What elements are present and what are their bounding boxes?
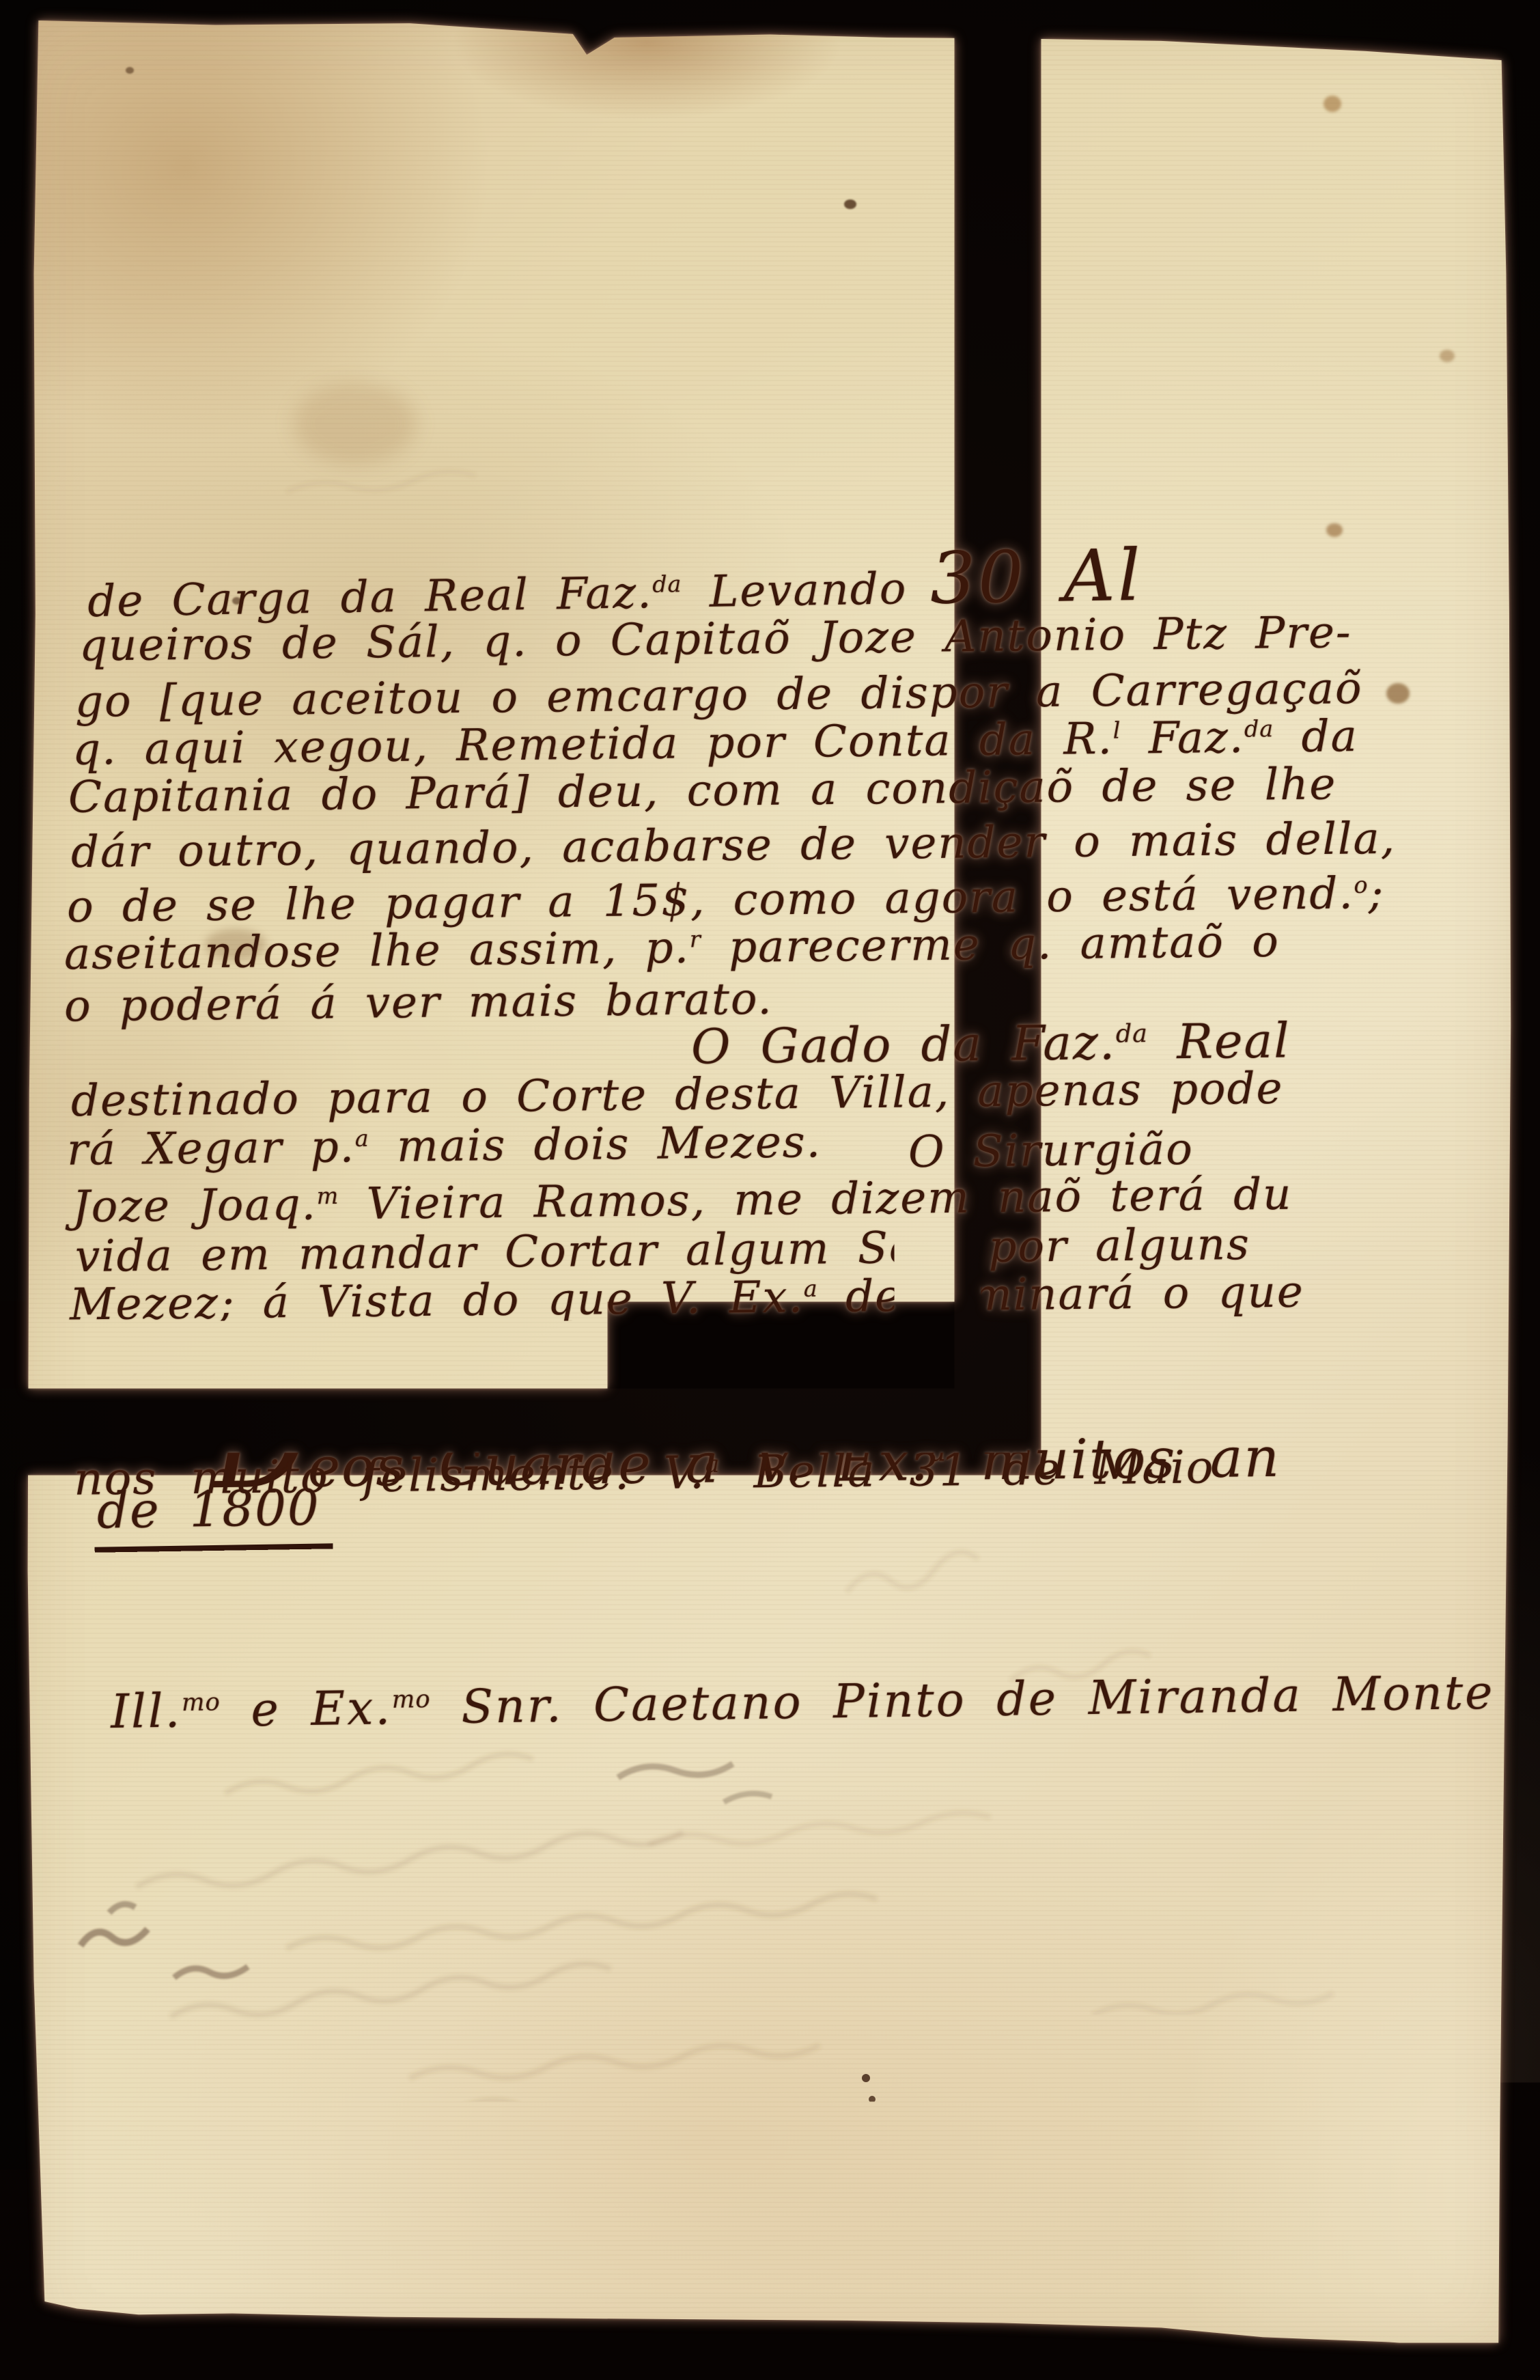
manuscript-line: rá Xegar p.a mais dois Mezes. bbox=[67, 1120, 822, 1174]
ink-speck bbox=[869, 2096, 876, 2103]
paper-sheet: de Carga da Real Faz.da Levando30 Al que… bbox=[0, 0, 1540, 2380]
fox-spot bbox=[1324, 96, 1341, 112]
paper-wrapper: de Carga da Real Faz.da Levando30 Al que… bbox=[0, 0, 1540, 2380]
ink-speck bbox=[862, 2074, 870, 2082]
stain bbox=[294, 383, 417, 465]
ink-speck bbox=[874, 2116, 880, 2122]
manuscript-line: for Servido. bbox=[76, 1324, 365, 1373]
photo-background: de Carga da Real Faz.da Levando30 Al que… bbox=[0, 0, 1540, 2380]
ink-speck bbox=[126, 67, 134, 74]
fox-spot bbox=[1326, 523, 1343, 537]
fox-spot bbox=[1386, 683, 1410, 704]
ink-blot bbox=[1063, 2150, 1106, 2200]
ink-speck bbox=[358, 2126, 364, 2131]
ink-speck bbox=[676, 2247, 684, 2255]
manuscript-line-emphasis: 30 Al bbox=[929, 534, 1144, 620]
ink-speck bbox=[844, 199, 856, 209]
dark-smudge-strokes bbox=[81, 1764, 772, 1978]
ink-speck bbox=[434, 2253, 441, 2259]
manuscript-line: O Sirurgião bbox=[908, 1127, 1194, 1176]
date-line: de 1800 bbox=[94, 1482, 333, 1552]
manuscript-line: o poderá á ver mais barato. bbox=[64, 977, 773, 1030]
fox-spot bbox=[1440, 350, 1455, 362]
